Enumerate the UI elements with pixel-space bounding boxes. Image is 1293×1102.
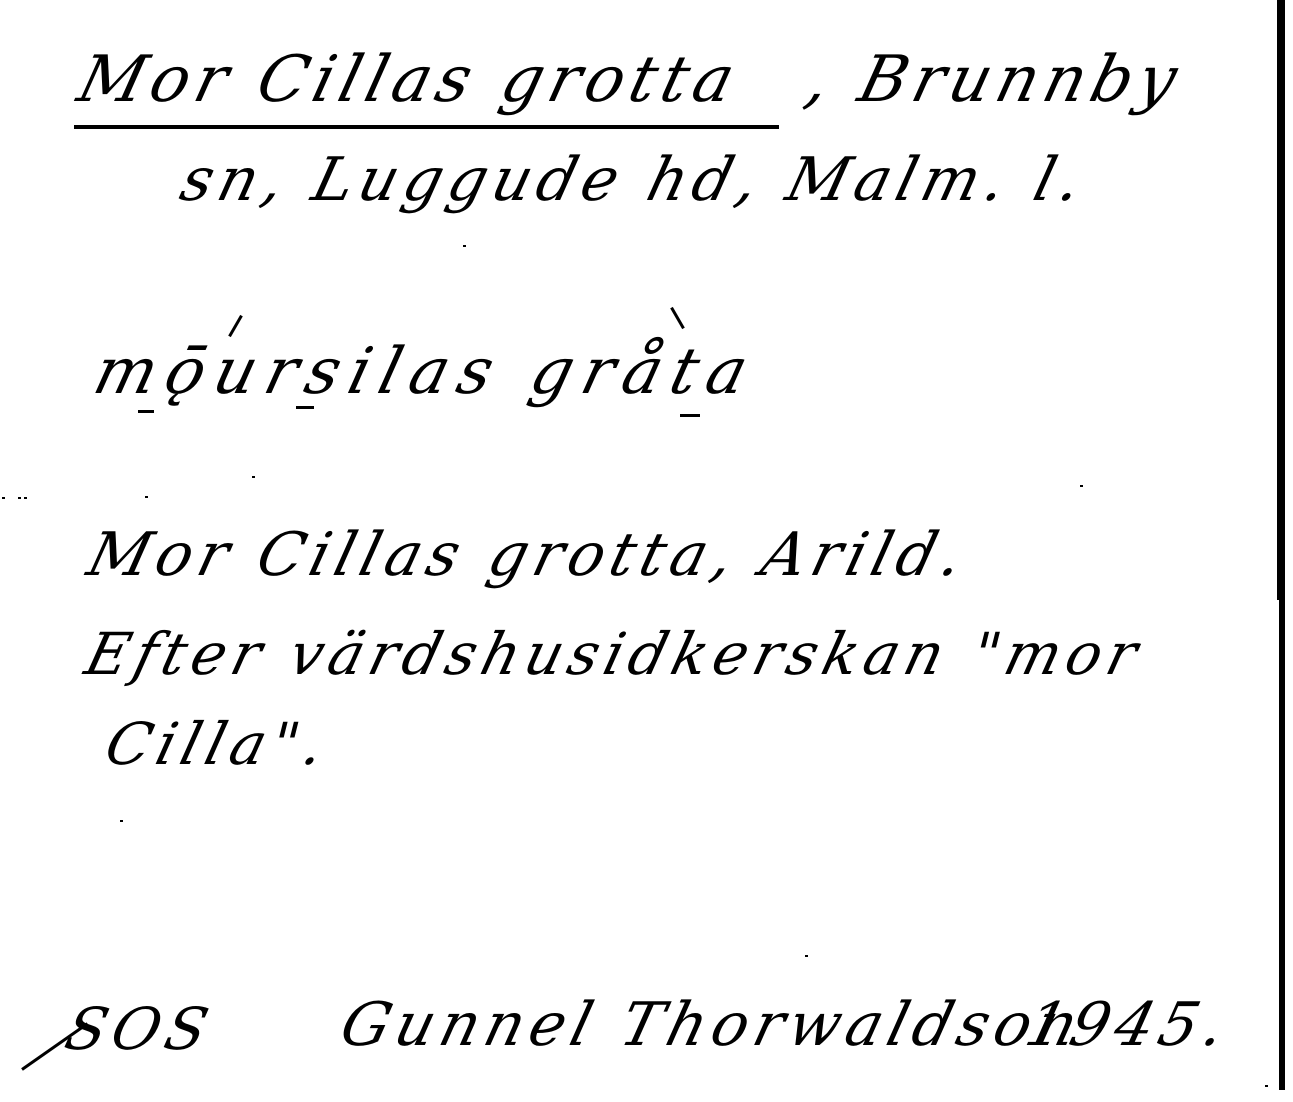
scan-speck [120, 820, 123, 822]
stress-accent [670, 307, 685, 329]
scan-speck [18, 497, 21, 499]
body-line-2: Efter värdshusidkerskan "mor [80, 625, 1149, 683]
heading-underline [74, 125, 779, 129]
archive-card: Mor Cillas grotta , Brunnby sn, Luggude … [0, 0, 1293, 1102]
scan-speck [463, 245, 466, 247]
scan-speck [1080, 485, 1083, 487]
body-line-3: Cilla". [100, 715, 336, 773]
collector-name: Gunnel Thorwaldson [335, 995, 1089, 1055]
length-mark [680, 414, 700, 417]
place-name-heading: Mor Cillas grotta [72, 48, 746, 112]
archive-code: SOS [60, 1000, 219, 1058]
scan-edge-border-inner [1277, 0, 1279, 600]
phonetic-transcription: mǭursilas gråta [88, 340, 764, 404]
scan-speck [145, 496, 148, 498]
scan-speck [24, 497, 27, 499]
scan-speck [252, 476, 255, 478]
length-mark [296, 406, 314, 409]
stress-accent [228, 315, 243, 337]
body-line-1: Mor Cillas grotta, Arild. [82, 525, 975, 585]
location-line: sn, Luggude hd, Malm. l. [175, 150, 1093, 210]
scan-speck [805, 955, 808, 957]
parish-name: , Brunnby [800, 48, 1189, 112]
scan-speck [1265, 1085, 1268, 1087]
scan-speck [2, 497, 5, 499]
collection-year: 1945. [1020, 995, 1237, 1055]
length-mark [138, 410, 154, 413]
scan-edge-border [1279, 0, 1285, 1090]
